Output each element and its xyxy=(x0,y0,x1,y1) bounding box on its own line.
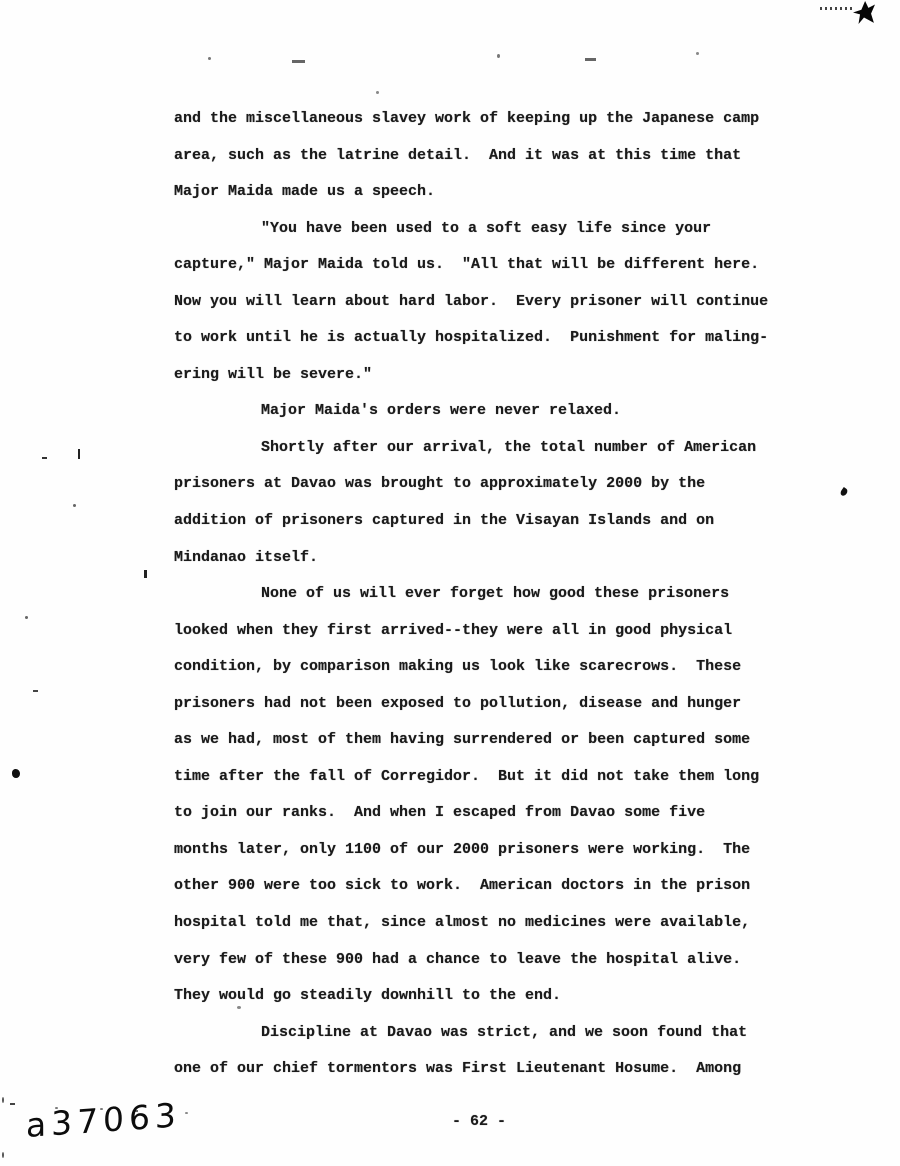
scan-speck xyxy=(73,504,76,507)
text-line: and the miscellaneous slavey work of kee… xyxy=(174,101,768,138)
text-line: to join our ranks. And when I escaped fr… xyxy=(174,795,768,832)
text-line: Major Maida made us a speech. xyxy=(174,174,768,211)
text-line: "You have been used to a soft easy life … xyxy=(174,211,768,248)
page-number: - 62 - xyxy=(452,1104,506,1141)
text-line: area, such as the latrine detail. And it… xyxy=(174,138,768,175)
scanned-typewritten-page: and the miscellaneous slavey work of kee… xyxy=(0,0,900,1166)
text-line: months later, only 1100 of our 2000 pris… xyxy=(174,832,768,869)
text-line: prisoners had not been exposed to pollut… xyxy=(174,686,768,723)
text-line: Major Maida's orders were never relaxed. xyxy=(174,393,768,430)
text-line: None of us will ever forget how good the… xyxy=(174,576,768,613)
text-line: very few of these 900 had a chance to le… xyxy=(174,942,768,979)
speck-trail xyxy=(820,7,854,10)
scan-speck xyxy=(185,1112,188,1114)
text-line: Now you will learn about hard labor. Eve… xyxy=(174,284,768,321)
text-line: to work until he is actually hospitalize… xyxy=(174,320,768,357)
text-line: addition of prisoners captured in the Vi… xyxy=(174,503,768,540)
text-line: one of our chief tormentors was First Li… xyxy=(174,1051,768,1088)
text-line: looked when they first arrived--they wer… xyxy=(174,613,768,650)
text-line: time after the fall of Corregidor. But i… xyxy=(174,759,768,796)
text-line: as we had, most of them having surrender… xyxy=(174,722,768,759)
scan-speck xyxy=(10,1103,15,1105)
scan-speck xyxy=(25,616,28,619)
scan-speck xyxy=(376,91,379,94)
typewritten-text: and the miscellaneous slavey work of kee… xyxy=(174,101,768,1088)
scan-speck xyxy=(2,1152,4,1158)
text-line: other 900 were too sick to work. America… xyxy=(174,868,768,905)
scan-speck xyxy=(78,449,80,459)
scan-speck xyxy=(696,52,699,55)
text-line: Discipline at Davao was strict, and we s… xyxy=(174,1015,768,1052)
scan-speck xyxy=(292,60,305,63)
text-line: Shortly after our arrival, the total num… xyxy=(174,430,768,467)
text-line: capture," Major Maida told us. "All that… xyxy=(174,247,768,284)
scan-speck xyxy=(497,54,500,58)
ink-blot xyxy=(853,1,875,24)
text-line: condition, by comparison making us look … xyxy=(174,649,768,686)
text-line: They would go steadily downhill to the e… xyxy=(174,978,768,1015)
scan-speck xyxy=(839,487,849,497)
text-line: prisoners at Davao was brought to approx… xyxy=(174,466,768,503)
text-line: ering will be severe." xyxy=(174,357,768,394)
text-line: hospital told me that, since almost no m… xyxy=(174,905,768,942)
scan-speck xyxy=(585,58,596,61)
scan-speck xyxy=(144,570,147,578)
scan-speck xyxy=(208,57,211,60)
scan-speck xyxy=(42,457,47,459)
handwritten-id: a37063 xyxy=(26,1095,181,1145)
ink-dot xyxy=(12,769,20,778)
text-line: Mindanao itself. xyxy=(174,540,768,577)
scan-speck xyxy=(2,1097,4,1103)
scan-speck xyxy=(33,690,38,692)
